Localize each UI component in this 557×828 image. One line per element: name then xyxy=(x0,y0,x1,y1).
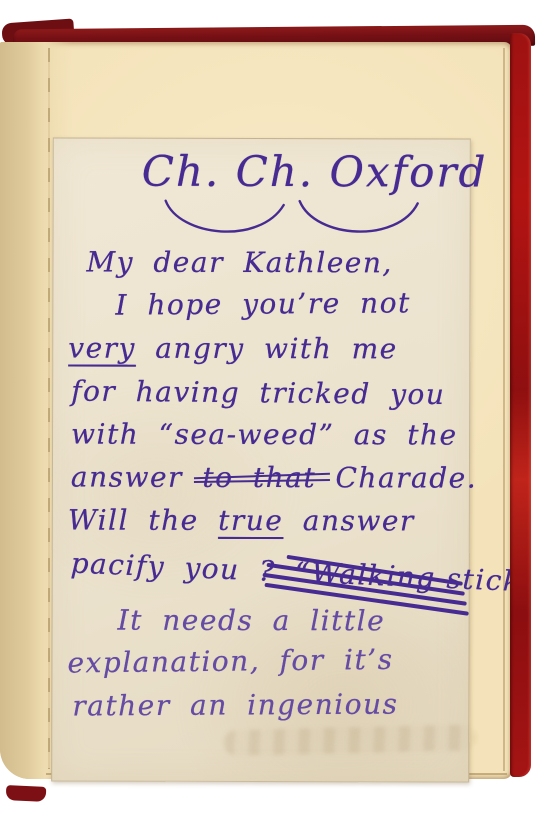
letter-line: My dear Kathleen, xyxy=(86,241,467,285)
letter-line: for having tricked you xyxy=(71,370,467,417)
struck-words: to that xyxy=(202,461,316,494)
letter-body: My dear Kathleen,I hope you’re notvery a… xyxy=(66,240,467,728)
letter-text: Charade. xyxy=(316,461,477,494)
letter-text: explanation, for it’s xyxy=(67,643,393,680)
letter-line: explanation, for it’s xyxy=(67,637,466,685)
letter-text: answer xyxy=(283,504,415,537)
page-edge-right xyxy=(503,48,505,771)
underlined-word: very xyxy=(68,331,136,364)
letter-text: for having tricked you xyxy=(71,375,446,412)
book-spine-foot xyxy=(6,785,47,802)
letter-text: rather an ingenious xyxy=(72,688,398,723)
letter-text: answer xyxy=(71,461,203,494)
letter-text: My dear Kathleen, xyxy=(86,246,392,280)
heading-flourish xyxy=(150,197,430,244)
letter-line: very angry with me xyxy=(68,326,467,370)
letter-line: Will the true answer xyxy=(68,498,467,542)
walking-stick-underline xyxy=(261,553,471,620)
letter-heading: Ch. Ch. Oxford xyxy=(142,147,478,198)
letter-text: I hope you’re not xyxy=(115,286,411,321)
letter-text: angry with me xyxy=(136,332,398,366)
letter-photo: Ch. Ch. Oxford My dear Kathleen,I hope y… xyxy=(0,0,557,828)
album-page: Ch. Ch. Oxford My dear Kathleen,I hope y… xyxy=(0,42,512,779)
ink-bleedthrough xyxy=(224,724,477,756)
gutter-crease xyxy=(48,48,50,769)
letter-text: Will the xyxy=(68,503,218,536)
letter-line: answer to that Charade. xyxy=(71,456,467,500)
underlined-word: true xyxy=(218,504,283,537)
letter-line: I hope you’re not xyxy=(115,281,467,327)
letter-sheet: Ch. Ch. Oxford My dear Kathleen,I hope y… xyxy=(51,137,471,782)
book-cover-fore-edge xyxy=(510,33,531,777)
letter-text: with “sea-weed” as the xyxy=(71,418,458,452)
letter-line: rather an ingenious xyxy=(72,682,466,727)
letter-line: with “sea-weed” as the xyxy=(71,413,467,457)
